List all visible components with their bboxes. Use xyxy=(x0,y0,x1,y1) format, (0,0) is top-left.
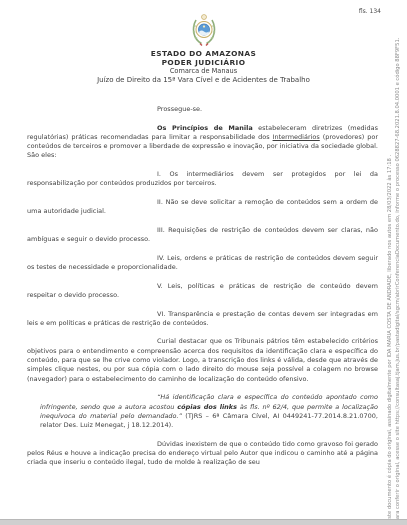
header-branch: PODER JUDICIÁRIO xyxy=(0,58,407,67)
list-item-4: IV. Leis, ordens e práticas de restrição… xyxy=(27,254,378,273)
page-edge-divider xyxy=(0,519,407,525)
list-item-6: VI. Transparência e prestação de contas … xyxy=(27,310,378,329)
page-folio-number: fls. 134 xyxy=(359,8,381,15)
document-page: fls. 134 Este documento é cópia do origi… xyxy=(0,0,407,525)
bold-lead-text: Os Princípios de Manila xyxy=(157,124,253,132)
list-item-5: V. Leis, políticas e práticas de restriç… xyxy=(27,282,378,301)
header-court: Juízo de Direito da 15ª Vara Cível e de … xyxy=(0,76,407,86)
paragraph-curial: Curial destacar que os Tribunais pátrios… xyxy=(27,337,378,383)
paragraph-opening: Prossegue-se. xyxy=(27,105,378,114)
quote-bold-text: cópias dos links xyxy=(177,403,237,411)
paragraph-manila-principles: Os Princípios de Manila estabeleceram di… xyxy=(27,124,378,161)
list-item-3: III. Requisições de restrição de conteúd… xyxy=(27,226,378,245)
list-item-2: II. Não se deve solicitar a remoção de c… xyxy=(27,198,378,217)
list-item-1: I. Os intermediários devem ser protegido… xyxy=(27,170,378,189)
header-state: ESTADO DO AMAZONAS xyxy=(0,49,407,58)
blockquote-case-law: “Há identificação clara e específica do … xyxy=(27,393,378,430)
certification-line-signature: Este documento é cópia do original, assi… xyxy=(387,155,394,522)
document-body: Prossegue-se. Os Princípios de Manila es… xyxy=(27,105,378,468)
coat-of-arms-icon xyxy=(189,13,219,47)
header-district: Comarca de Manaus xyxy=(0,67,407,76)
paragraph-closing: Dúvidas inexistem de que o conteúdo tido… xyxy=(27,440,378,468)
certification-line-verification: Para conferir o original, acesse o site … xyxy=(395,38,402,522)
underlined-term: Intermediários xyxy=(273,133,320,141)
letterhead: ESTADO DO AMAZONAS PODER JUDICIÁRIO Coma… xyxy=(0,0,407,85)
